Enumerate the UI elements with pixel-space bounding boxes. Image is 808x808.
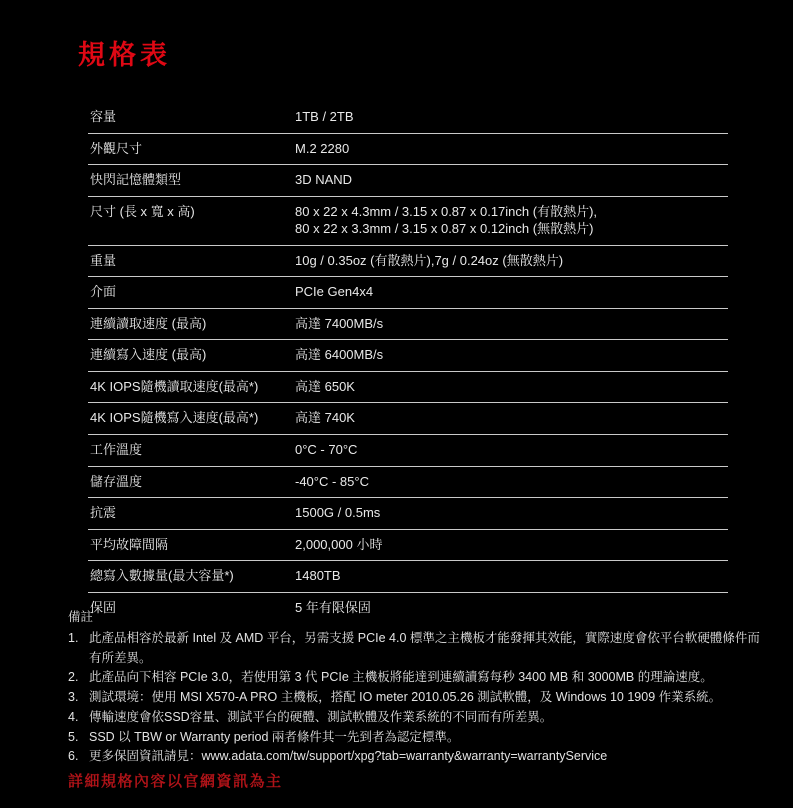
row-label: 總寫入數據量(最大容量*) [88, 567, 295, 585]
table-row: 連續讀取速度 (最高) 高達 7400MB/s [88, 309, 728, 341]
row-label: 4K IOPS隨機讀取速度(最高*) [88, 378, 295, 396]
right-margin-strip [793, 0, 808, 808]
row-value: 1480TB [295, 567, 341, 585]
spec-table: 容量 1TB / 2TB 外觀尺寸 M.2 2280 快閃記憶體類型 3D NA… [88, 102, 728, 623]
note-text: 此產品向下相容 PCIe 3.0，若使用第 3 代 PCIe 主機板將能達到連續… [89, 668, 768, 688]
note-item: 6. 更多保固資訊請見：www.adata.com/tw/support/xpg… [68, 747, 768, 767]
note-item: 4. 傳輸速度會依SSD容量、測試平台的硬體、測試軟體及作業系統的不同而有所差異… [68, 708, 768, 728]
page-title: 規格表 [78, 33, 171, 72]
row-label: 快閃記憶體類型 [88, 171, 295, 189]
note-text: 測試環境：使用 MSI X570-A PRO 主機板，搭配 IO meter 2… [89, 688, 768, 708]
footer-disclaimer: 詳細規格內容以官網資訊為主 [68, 770, 283, 791]
note-item: 5. SSD 以 TBW or Warranty period 兩者條件其一先到… [68, 728, 768, 748]
row-label: 重量 [88, 252, 295, 270]
note-number: 3. [68, 688, 89, 708]
row-value: M.2 2280 [295, 140, 349, 158]
row-label: 連續讀取速度 (最高) [88, 315, 295, 333]
row-value: 2,000,000 小時 [295, 536, 382, 554]
row-value: 高達 650K [295, 378, 355, 396]
row-value: 10g / 0.35oz (有散熱片),7g / 0.24oz (無散熱片) [295, 252, 563, 270]
row-label: 尺寸 (長 x 寬 x 高) [88, 203, 295, 221]
row-label: 容量 [88, 108, 295, 126]
row-label: 平均故障間隔 [88, 536, 295, 554]
notes-title: 備註 [68, 608, 768, 628]
row-value: PCIe Gen4x4 [295, 283, 373, 301]
note-number: 1. [68, 629, 89, 669]
row-value: 高達 7400MB/s [295, 315, 383, 333]
notes-section: 備註 1. 此產品相容於最新 Intel 及 AMD 平台，另需支援 PCIe … [68, 608, 768, 767]
note-number: 6. [68, 747, 89, 767]
row-label: 介面 [88, 283, 295, 301]
table-row: 容量 1TB / 2TB [88, 102, 728, 134]
row-label: 抗震 [88, 504, 295, 522]
note-number: 4. [68, 708, 89, 728]
table-row: 快閃記憶體類型 3D NAND [88, 165, 728, 197]
table-row: 儲存溫度 -40°C - 85°C [88, 467, 728, 499]
row-value: 0°C - 70°C [295, 441, 357, 459]
row-label: 儲存溫度 [88, 473, 295, 491]
table-row: 4K IOPS隨機寫入速度(最高*) 高達 740K [88, 403, 728, 435]
note-number: 5. [68, 728, 89, 748]
row-value: -40°C - 85°C [295, 473, 369, 491]
note-text: SSD 以 TBW or Warranty period 兩者條件其一先到者為認… [89, 728, 768, 748]
table-row: 尺寸 (長 x 寬 x 高) 80 x 22 x 4.3mm / 3.15 x … [88, 197, 728, 246]
table-row: 連續寫入速度 (最高) 高達 6400MB/s [88, 340, 728, 372]
table-row: 工作溫度 0°C - 70°C [88, 435, 728, 467]
row-value: 1TB / 2TB [295, 108, 354, 126]
spec-sheet-page: 規格表 容量 1TB / 2TB 外觀尺寸 M.2 2280 快閃記憶體類型 3… [0, 0, 808, 808]
note-item: 3. 測試環境：使用 MSI X570-A PRO 主機板，搭配 IO mete… [68, 688, 768, 708]
table-row: 4K IOPS隨機讀取速度(最高*) 高達 650K [88, 372, 728, 404]
note-text: 傳輸速度會依SSD容量、測試平台的硬體、測試軟體及作業系統的不同而有所差異。 [89, 708, 768, 728]
row-value: 高達 6400MB/s [295, 346, 383, 364]
row-value: 高達 740K [295, 409, 355, 427]
table-row: 抗震 1500G / 0.5ms [88, 498, 728, 530]
note-item: 2. 此產品向下相容 PCIe 3.0，若使用第 3 代 PCIe 主機板將能達… [68, 668, 768, 688]
table-row: 平均故障間隔 2,000,000 小時 [88, 530, 728, 562]
row-label: 連續寫入速度 (最高) [88, 346, 295, 364]
note-text: 此產品相容於最新 Intel 及 AMD 平台，另需支援 PCIe 4.0 標準… [89, 629, 768, 669]
row-value: 1500G / 0.5ms [295, 504, 380, 522]
row-label: 4K IOPS隨機寫入速度(最高*) [88, 409, 295, 427]
row-label: 工作溫度 [88, 441, 295, 459]
table-row: 外觀尺寸 M.2 2280 [88, 134, 728, 166]
table-row: 介面 PCIe Gen4x4 [88, 277, 728, 309]
row-value: 3D NAND [295, 171, 352, 189]
row-label: 外觀尺寸 [88, 140, 295, 158]
note-item: 1. 此產品相容於最新 Intel 及 AMD 平台，另需支援 PCIe 4.0… [68, 629, 768, 669]
row-value: 80 x 22 x 4.3mm / 3.15 x 0.87 x 0.17inch… [295, 203, 597, 238]
table-row: 重量 10g / 0.35oz (有散熱片),7g / 0.24oz (無散熱片… [88, 246, 728, 278]
note-text: 更多保固資訊請見：www.adata.com/tw/support/xpg?ta… [89, 747, 768, 767]
table-row: 總寫入數據量(最大容量*) 1480TB [88, 561, 728, 593]
note-number: 2. [68, 668, 89, 688]
